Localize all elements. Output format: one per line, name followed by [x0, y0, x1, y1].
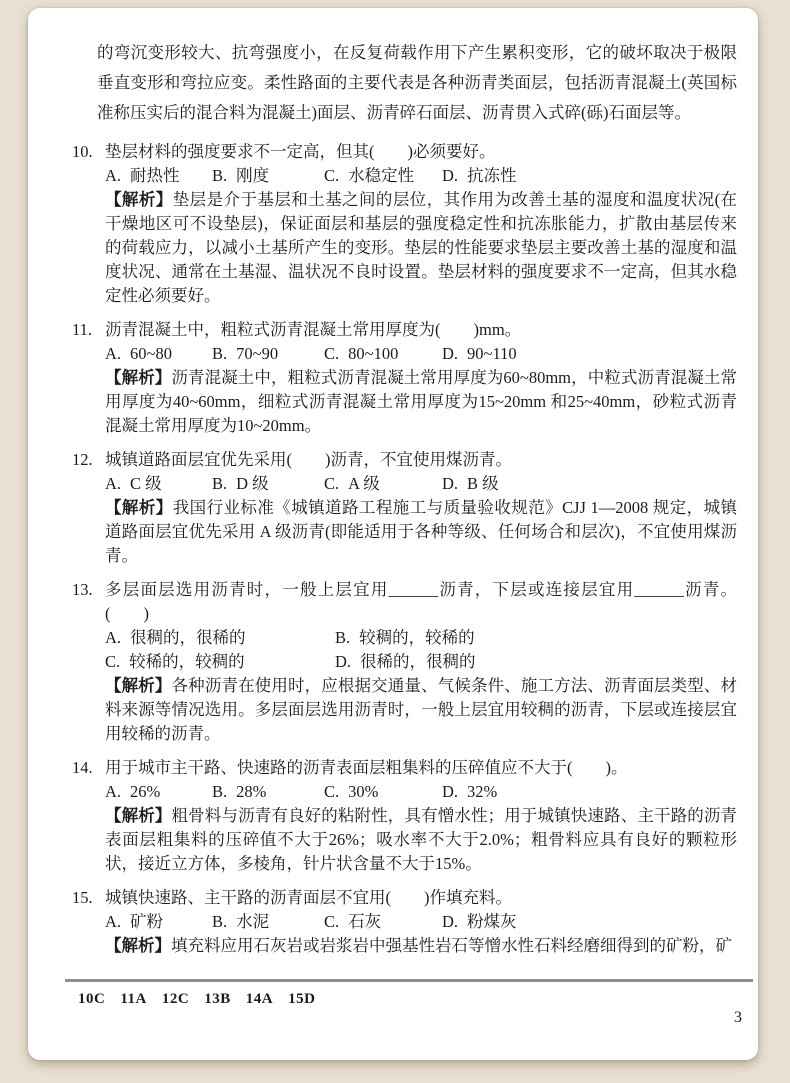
option-d: D.抗冻性 — [442, 164, 737, 188]
option-label: D. — [442, 782, 458, 801]
analysis-text: 我国行业标准《城镇道路工程施工与质量验收规范》CJJ 1—2008 规定，城镇道… — [105, 498, 737, 565]
answer-item: 10C — [78, 991, 105, 1008]
option-label: D. — [442, 166, 458, 185]
analysis-label: 【解析】 — [105, 676, 172, 695]
option-label: C. — [324, 912, 339, 931]
intro-paragraph: 的弯沉变形较大、抗弯强度小，在反复荷载作用下产生累积变形，它的破坏取决于极限垂直… — [97, 38, 737, 128]
option-b: B.刚度 — [212, 164, 324, 188]
question-number: 13. — [72, 578, 104, 602]
option-b: B.28% — [212, 780, 324, 804]
option-text: 80~100 — [348, 344, 398, 363]
option-text: 抗冻性 — [467, 166, 517, 185]
answer-item: 11A — [120, 991, 147, 1008]
option-label: C. — [324, 166, 339, 185]
analysis-label: 【解析】 — [105, 936, 171, 955]
option-text: 石灰 — [348, 912, 381, 931]
question-stem: 城镇道路面层宜优先采用( )沥青，不宜使用煤沥青。 — [105, 448, 737, 472]
option-label: D. — [442, 474, 458, 493]
option-text: 耐热性 — [130, 166, 180, 185]
book-page: 的弯沉变形较大、抗弯强度小，在反复荷载作用下产生累积变形，它的破坏取决于极限垂直… — [28, 8, 758, 1060]
option-d: D.粉煤灰 — [442, 910, 737, 934]
option-label: C. — [105, 652, 120, 671]
question-stem: 垫层材料的强度要求不一定高，但其( )必须要好。 — [105, 140, 737, 164]
option-b: B.较稠的，较稀的 — [335, 626, 737, 650]
analysis-text: 粗骨料与沥青有良好的粘附性，具有憎水性；用于城镇快速路、主干路的沥青表面层粗集料… — [105, 806, 737, 873]
option-text: 水稳定性 — [348, 166, 414, 185]
question-number: 11. — [72, 318, 104, 342]
option-label: B. — [212, 344, 227, 363]
option-text: 矿粉 — [130, 912, 163, 931]
analysis-text: 垫层是介于基层和土基之间的层位，其作用为改善土基的湿度和温度状况(在干燥地区可不… — [105, 190, 737, 305]
option-label: C. — [324, 782, 339, 801]
question-item-10: 10. 垫层材料的强度要求不一定高，但其( )必须要好。 A.耐热性 B.刚度 … — [97, 140, 737, 308]
question-stem: 用于城市主干路、快速路的沥青表面层粗集料的压碎值应不大于( )。 — [105, 756, 737, 780]
question-item-14: 14. 用于城市主干路、快速路的沥青表面层粗集料的压碎值应不大于( )。 A.2… — [97, 756, 737, 876]
option-text: 70~90 — [236, 344, 278, 363]
option-label: A. — [105, 782, 121, 801]
question-item-12: 12. 城镇道路面层宜优先采用( )沥青，不宜使用煤沥青。 A.C 级 B.D … — [97, 448, 737, 568]
option-a: A.C 级 — [105, 472, 212, 496]
analysis-text: 填充料应用石灰岩或岩浆岩中强基性岩石等憎水性石料经磨细得到的矿粉，矿 — [171, 936, 732, 955]
option-label: A. — [105, 912, 121, 931]
option-text: C 级 — [130, 474, 162, 493]
option-a: A.26% — [105, 780, 212, 804]
option-label: B. — [212, 912, 227, 931]
option-c: C.较稀的，较稠的 — [105, 650, 335, 674]
options-row: A.26% B.28% C.30% D.32% — [105, 780, 737, 804]
page-number: 3 — [734, 1009, 742, 1027]
option-a: A.矿粉 — [105, 910, 212, 934]
analysis-paragraph: 【解析】垫层是介于基层和土基之间的层位，其作用为改善土基的湿度和温度状况(在干燥… — [105, 188, 737, 308]
analysis-paragraph: 【解析】各种沥青在使用时，应根据交通量、气候条件、施工方法、沥青面层类型、材料来… — [105, 674, 737, 746]
option-text: B 级 — [467, 474, 499, 493]
option-text: 30% — [348, 782, 378, 801]
option-text: 较稠的，较稀的 — [359, 628, 475, 647]
option-text: 60~80 — [130, 344, 172, 363]
option-label: D. — [335, 652, 351, 671]
option-a: A.很稠的，很稀的 — [105, 626, 335, 650]
question-number: 12. — [72, 448, 104, 472]
answer-item: 15D — [288, 991, 315, 1008]
option-text: A 级 — [348, 474, 380, 493]
question-number: 14. — [72, 756, 104, 780]
options-row: A.C 级 B.D 级 C.A 级 D.B 级 — [105, 472, 737, 496]
option-a: A.耐热性 — [105, 164, 212, 188]
question-item-13: 13. 多层面层选用沥青时，一般上层宜用______沥青，下层或连接层宜用___… — [97, 578, 737, 746]
option-text: 26% — [130, 782, 160, 801]
option-label: B. — [212, 782, 227, 801]
question-item-15: 15. 城镇快速路、主干路的沥青面层不宜用( )作填充料。 A.矿粉 B.水泥 … — [97, 886, 737, 958]
option-d: D.32% — [442, 780, 737, 804]
analysis-text: 各种沥青在使用时，应根据交通量、气候条件、施工方法、沥青面层类型、材料来源等情况… — [105, 676, 737, 743]
option-b: B.70~90 — [212, 342, 324, 366]
option-text: 水泥 — [236, 912, 269, 931]
option-d: D.很稀的，很稠的 — [335, 650, 737, 674]
option-text: 很稀的，很稠的 — [360, 652, 476, 671]
answer-item: 14A — [246, 991, 273, 1008]
option-label: C. — [324, 344, 339, 363]
analysis-paragraph: 【解析】我国行业标准《城镇道路工程施工与质量验收规范》CJJ 1—2008 规定… — [105, 496, 737, 568]
option-label: A. — [105, 166, 121, 185]
option-text: 刚度 — [236, 166, 269, 185]
option-d: D.90~110 — [442, 342, 737, 366]
analysis-label: 【解析】 — [105, 498, 173, 517]
question-item-11: 11. 沥青混凝土中，粗粒式沥青混凝土常用厚度为( )mm。 A.60~80 B… — [97, 318, 737, 438]
options-row: A.60~80 B.70~90 C.80~100 D.90~110 — [105, 342, 737, 366]
option-c: C.80~100 — [324, 342, 442, 366]
analysis-text: 沥青混凝土中，粗粒式沥青混凝土常用厚度为60~80mm，中粒式沥青混凝土常用厚度… — [105, 368, 737, 435]
answer-key: 10C 11A 12C 13B 14A 15D — [78, 991, 315, 1008]
option-c: C.石灰 — [324, 910, 442, 934]
option-c: C.水稳定性 — [324, 164, 442, 188]
analysis-label: 【解析】 — [105, 190, 173, 209]
option-label: A. — [105, 628, 121, 647]
question-number: 15. — [72, 886, 104, 910]
option-text: 较稀的，较稠的 — [129, 652, 245, 671]
option-label: C. — [324, 474, 339, 493]
option-c: C.A 级 — [324, 472, 442, 496]
option-c: C.30% — [324, 780, 442, 804]
option-label: A. — [105, 474, 121, 493]
analysis-label: 【解析】 — [105, 806, 172, 825]
question-stem: 沥青混凝土中，粗粒式沥青混凝土常用厚度为( )mm。 — [105, 318, 737, 342]
option-text: D 级 — [236, 474, 269, 493]
answer-item: 12C — [162, 991, 189, 1008]
option-b: B.D 级 — [212, 472, 324, 496]
question-stem: 城镇快速路、主干路的沥青面层不宜用( )作填充料。 — [105, 886, 737, 910]
analysis-paragraph: 【解析】填充料应用石灰岩或岩浆岩中强基性岩石等憎水性石料经磨细得到的矿粉，矿 — [105, 934, 737, 958]
option-label: D. — [442, 344, 458, 363]
analysis-paragraph: 【解析】粗骨料与沥青有良好的粘附性，具有憎水性；用于城镇快速路、主干路的沥青表面… — [105, 804, 737, 876]
page-footer: 10C 11A 12C 13B 14A 15D 3 — [28, 973, 758, 1053]
options-row: A.耐热性 B.刚度 C.水稳定性 D.抗冻性 — [105, 164, 737, 188]
option-label: B. — [212, 474, 227, 493]
options-row: A.矿粉 B.水泥 C.石灰 D.粉煤灰 — [105, 910, 737, 934]
option-text: 90~110 — [467, 344, 517, 363]
analysis-paragraph: 【解析】沥青混凝土中，粗粒式沥青混凝土常用厚度为60~80mm，中粒式沥青混凝土… — [105, 366, 737, 438]
analysis-label: 【解析】 — [105, 368, 171, 387]
options-grid: A.很稠的，很稀的 B.较稠的，较稀的 C.较稀的，较稠的 D.很稀的，很稠的 — [105, 626, 737, 674]
option-text: 28% — [236, 782, 266, 801]
option-label: B. — [335, 628, 350, 647]
answer-item: 13B — [204, 991, 231, 1008]
option-label: B. — [212, 166, 227, 185]
option-d: D.B 级 — [442, 472, 737, 496]
question-number: 10. — [72, 140, 104, 164]
option-text: 粉煤灰 — [467, 912, 517, 931]
option-b: B.水泥 — [212, 910, 324, 934]
question-stem: 多层面层选用沥青时，一般上层宜用______沥青，下层或连接层宜用______沥… — [105, 578, 737, 626]
option-a: A.60~80 — [105, 342, 212, 366]
option-label: A. — [105, 344, 121, 363]
option-text: 很稠的，很稀的 — [130, 628, 246, 647]
footer-divider — [65, 979, 753, 982]
option-label: D. — [442, 912, 458, 931]
option-text: 32% — [467, 782, 497, 801]
